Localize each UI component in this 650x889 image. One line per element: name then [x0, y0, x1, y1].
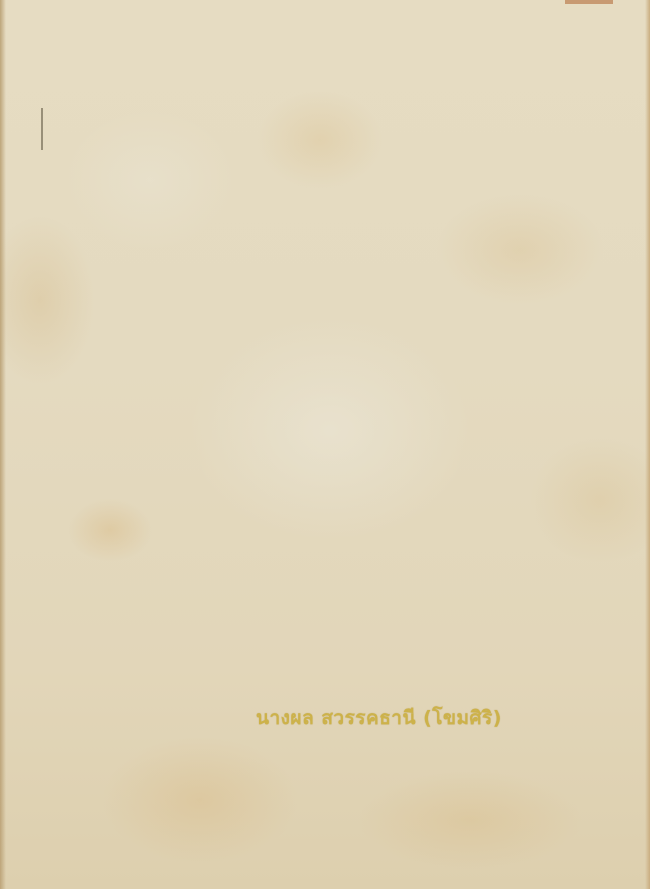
cover-right-edge: [645, 0, 650, 889]
cover-top-tear: [565, 0, 613, 4]
cover-left-edge: [0, 0, 6, 889]
cover-crease-mark: [41, 108, 43, 150]
book-cover: นางผล สวรรคธานี (โขมศิริ): [0, 0, 650, 889]
author-name-gold-text: นางผล สวรรคธานี (โขมศิริ): [256, 703, 502, 733]
